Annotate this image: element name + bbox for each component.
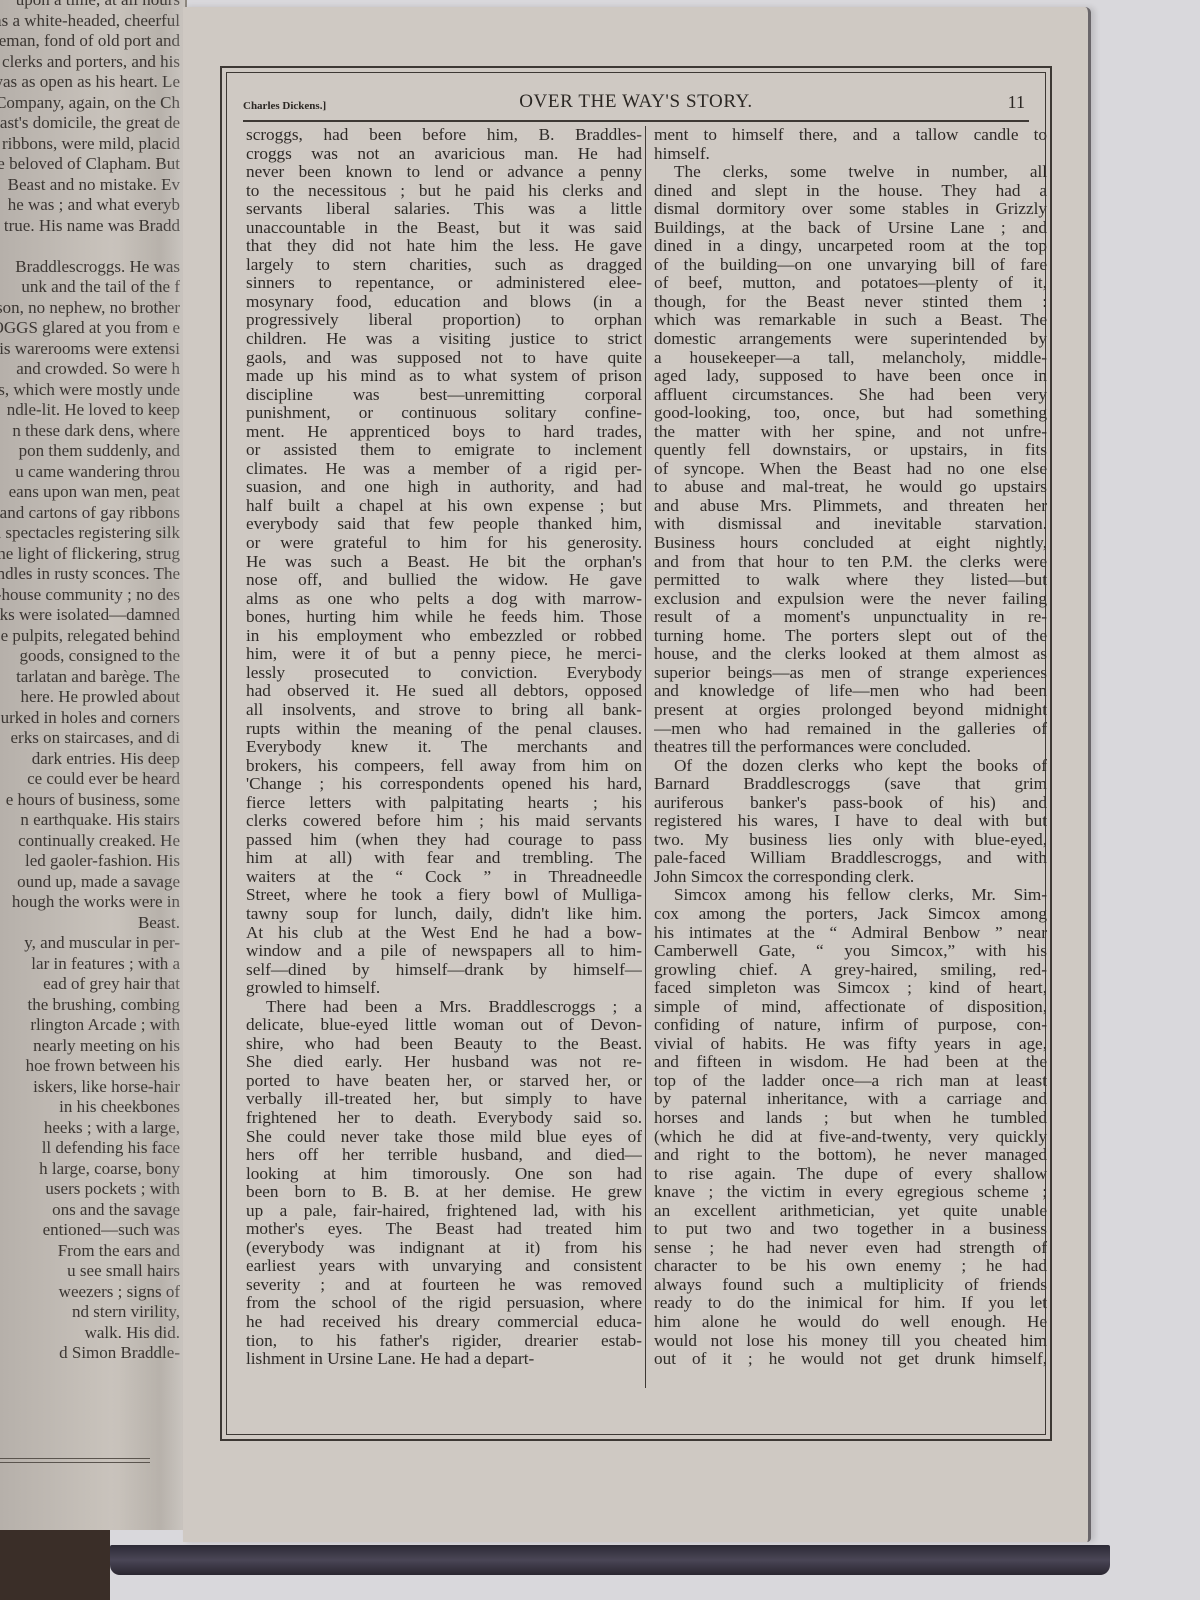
text-line: two. My business lies only with blue-eye…: [654, 831, 1047, 850]
text-line: would not lose his money till you cheate…: [654, 1332, 1047, 1351]
text-line: up a pale, fair-haired, frightened lad, …: [246, 1202, 642, 1221]
text-line: top of the ladder once—a rich man at lea…: [654, 1072, 1047, 1091]
text-column-right: ment to himself there, and a tallow cand…: [654, 126, 1047, 1369]
text-line: never been known to lend or advance a pe…: [246, 163, 642, 182]
page-number: 11: [1008, 92, 1025, 113]
text-line: house, and the clerks looked at them alm…: [654, 645, 1047, 664]
text-line: John Simcox the corresponding clerk.: [654, 868, 1047, 887]
header-rule: [243, 120, 1029, 122]
text-line: him alone he would do well enough. He: [654, 1313, 1047, 1332]
text-line: Business hours concluded at eight nightl…: [654, 534, 1047, 553]
text-line: an excellent arithmetician, yet quite un…: [654, 1202, 1047, 1221]
text-line: —men who had remained in the galleries o…: [654, 720, 1047, 739]
text-line: earliest years with unvarying and consis…: [246, 1257, 642, 1276]
text-line: progressively liberal proportion) to orp…: [246, 311, 642, 330]
text-line: the matter with her spine, and not unfre…: [654, 423, 1047, 442]
text-line: out of it ; he would not get drunk himse…: [654, 1350, 1047, 1369]
text-line: or assisted them to emigrate to inclemen…: [246, 441, 642, 460]
text-line: auriferous banker's pass-book of his) an…: [654, 794, 1047, 813]
text-line: result of a moment's unpunctuality in re…: [654, 608, 1047, 627]
book-spine-bottom: [110, 1545, 1110, 1575]
text-line: always found such a multiplicity of frie…: [654, 1276, 1047, 1295]
text-line: he had received his dreary commercial ed…: [246, 1313, 642, 1332]
text-line: severity ; and at fourteen he was remove…: [246, 1276, 642, 1295]
text-line: simple of mind, affectionate of disposit…: [654, 998, 1047, 1017]
text-line: tawny soup for lunch, daily, didn't like…: [246, 905, 642, 924]
text-line: 'Change ; his correspondents opened his …: [246, 775, 642, 794]
facing-page-bottom-rule: [0, 1458, 150, 1463]
text-line: ready to do the inimical for him. If you…: [654, 1294, 1047, 1313]
text-line: punishment, or continuous solitary confi…: [246, 404, 642, 423]
text-line: discipline was best—unremitting corporal: [246, 386, 642, 405]
text-line: from the school of the rigid persuasion,…: [246, 1294, 642, 1313]
text-line: turning home. The porters slept out of t…: [654, 627, 1047, 646]
book-cover-edge: [0, 1520, 110, 1600]
text-line: him at all) with fear and trembling. The: [246, 849, 642, 868]
text-line: tion, to his father's rigider, drearier …: [246, 1332, 642, 1351]
text-line: mother's eyes. The Beast had treated him: [246, 1220, 642, 1239]
text-line: growled to himself.: [246, 979, 642, 998]
text-line: ment to himself there, and a tallow cand…: [654, 126, 1047, 145]
text-line: that they did not hate him the less. He …: [246, 237, 642, 256]
text-line: She could never take those mild blue eye…: [246, 1128, 642, 1147]
text-line: servants liberal salaries. This was a li…: [246, 200, 642, 219]
text-line: looking at him timorously. One son had: [246, 1165, 642, 1184]
text-line: exclusion and expulsion were the never f…: [654, 590, 1047, 609]
text-line: confiding of nature, infirm of purpose, …: [654, 1016, 1047, 1035]
text-line: clerks cowered before him ; his maid ser…: [246, 812, 642, 831]
text-line: mosynary food, education and blows (in a: [246, 293, 642, 312]
text-line: sinners to repentance, or administered e…: [246, 274, 642, 293]
text-line: dismal dormitory over some stables in Gr…: [654, 200, 1047, 219]
text-line: a housekeeper—a tall, melancholy, middle…: [654, 349, 1047, 368]
text-line: fierce letters with palpitating hearts ;…: [246, 794, 642, 813]
text-line: hers off her terrible husband, and died—: [246, 1146, 642, 1165]
text-line: Buildings, at the back of Ursine Lane ; …: [654, 219, 1047, 238]
text-line: faced simpleton was Simcox ; kind of hea…: [654, 979, 1047, 998]
text-line: to put two and two together in a busines…: [654, 1220, 1047, 1239]
text-line: of syncope. When the Beast had no one el…: [654, 460, 1047, 479]
text-line: climates. He was a member of a rigid per…: [246, 460, 642, 479]
text-line: to rise again. The dupe of every shallow: [654, 1165, 1047, 1184]
text-line: delicate, blue-eyed little woman out of …: [246, 1016, 642, 1035]
text-line: suasion, and one high in authority, and …: [246, 478, 642, 497]
text-line: himself.: [654, 145, 1047, 164]
text-line: of the building—on one unvarying bill of…: [654, 256, 1047, 275]
text-line: There had been a Mrs. Braddlescroggs ; a: [246, 998, 642, 1017]
text-line: horses and lands ; but when he tumbled: [654, 1109, 1047, 1128]
text-line: children. He was a visiting justice to s…: [246, 330, 642, 349]
text-line: waiters at the “ Cock ” in Threadneedle: [246, 868, 642, 887]
column-divider: [645, 126, 646, 1388]
text-line: present at orgies prolonged beyond midni…: [654, 701, 1047, 720]
text-line: (everybody was indignant at it) from his: [246, 1239, 642, 1258]
text-line: of beef, mutton, and potatoes—plenty of …: [654, 274, 1047, 293]
text-line: everybody said that few people thanked h…: [246, 515, 642, 534]
text-line: to abuse and mal-treat, he would go upst…: [654, 478, 1047, 497]
text-line: vivial of habits. He was fifty years in …: [654, 1035, 1047, 1054]
text-line: cox among the porters, Jack Simcox among: [654, 905, 1047, 924]
text-line: alms as one who pelts a dog with marrow-: [246, 590, 642, 609]
text-line: him, were it of but a penny piece, he me…: [246, 645, 642, 664]
text-line: domestic arrangements were superintended…: [654, 330, 1047, 349]
text-line: Street, where he took a fiery bowl of Mu…: [246, 886, 642, 905]
text-line: window and a pile of newspapers all to h…: [246, 942, 642, 961]
text-line: She died early. Her husband was not re-: [246, 1053, 642, 1072]
text-line: nose off, and bullied the widow. He gave: [246, 571, 642, 590]
text-line: (which he did at five-and-twenty, very q…: [654, 1128, 1047, 1147]
text-line: unaccountable in the Beast, but it was s…: [246, 219, 642, 238]
text-line: half built a chapel at his own expense ;…: [246, 497, 642, 516]
text-line: pale-faced William Braddlescroggs, and w…: [654, 849, 1047, 868]
text-line: ment. He apprenticed boys to hard trades…: [246, 423, 642, 442]
text-line: had observed it. He sued all debtors, op…: [246, 682, 642, 701]
text-line: registered his wares, I have to deal wit…: [654, 812, 1047, 831]
text-line: scroggs, had been before him, B. Braddle…: [246, 126, 642, 145]
book-page: Charles Dickens.] OVER THE WAY'S STORY. …: [183, 7, 1091, 1542]
text-line: and abuse Mrs. Plimmets, and threaten he…: [654, 497, 1047, 516]
page-curl-shadow: [118, 0, 187, 1530]
text-line: Barnard Braddlescroggs (save that grim: [654, 775, 1047, 794]
text-line: and right to the bottom), he never manag…: [654, 1146, 1047, 1165]
text-line: knave ; the victim in every egregious sc…: [654, 1183, 1047, 1202]
text-line: Camberwell Gate, “ you Simcox,” with his: [654, 942, 1047, 961]
text-line: aged lady, supposed to have been once in: [654, 367, 1047, 386]
text-line: croggs was not an avaricious man. He had: [246, 145, 642, 164]
text-line: and knowledge of life—men who had been: [654, 682, 1047, 701]
text-line: or were grateful to him for his generosi…: [246, 534, 642, 553]
text-line: At his club at the West End he had a bow…: [246, 924, 642, 943]
text-line: growling chief. A grey-haired, smiling, …: [654, 961, 1047, 980]
text-line: brokers, his compeers, fell away from hi…: [246, 757, 642, 776]
text-line: quently fell downstairs, or upstairs, in…: [654, 441, 1047, 460]
text-line: superior beings—as men of strange experi…: [654, 664, 1047, 683]
text-line: passed him (when they had courage to pas…: [246, 831, 642, 850]
text-line: to the necessitous ; but he paid his cle…: [246, 182, 642, 201]
text-line: shire, who had been Beauty to the Beast.: [246, 1035, 642, 1054]
text-line: dined and slept in the house. They had a: [654, 182, 1047, 201]
text-line: theatres till the performances were conc…: [654, 738, 1047, 757]
running-head-title: OVER THE WAY'S STORY.: [243, 91, 1029, 113]
text-line: which was remarkable in such a Beast. Th…: [654, 311, 1047, 330]
text-line: in his employment who embezzled or robbe…: [246, 627, 642, 646]
text-line: Simcox among his fellow clerks, Mr. Sim-: [654, 886, 1047, 905]
text-line: though, for the Beast never stinted them…: [654, 293, 1047, 312]
facing-page: upon a time, at all hoursHe was a white-…: [0, 0, 187, 1530]
text-line: and from that hour to ten P.M. the clerk…: [654, 553, 1047, 572]
text-line: largely to stern charities, such as drag…: [246, 256, 642, 275]
text-line: frightened her to death. Everybody said …: [246, 1109, 642, 1128]
text-line: made up his mind as to what system of pr…: [246, 367, 642, 386]
text-line: good-looking, too, once, but had somethi…: [654, 404, 1047, 423]
text-line: ported to have beaten her, or starved he…: [246, 1072, 642, 1091]
page-frame-inner: Charles Dickens.] OVER THE WAY'S STORY. …: [226, 72, 1046, 1435]
text-line: He was such a Beast. He bit the orphan's: [246, 553, 642, 572]
text-line: Everybody knew it. The merchants and: [246, 738, 642, 757]
page-frame: Charles Dickens.] OVER THE WAY'S STORY. …: [220, 66, 1052, 1441]
text-line: sense ; he had never even had strength o…: [654, 1239, 1047, 1258]
text-line: lishment in Ursine Lane. He had a depart…: [246, 1350, 642, 1369]
text-line: permitted to walk where they listed—but: [654, 571, 1047, 590]
text-line: affluent circumstances. She had been ver…: [654, 386, 1047, 405]
text-line: with dismissal and inevitable starvation…: [654, 515, 1047, 534]
running-head: Charles Dickens.] OVER THE WAY'S STORY. …: [243, 91, 1029, 115]
text-line: rupts within the meaning of the penal cl…: [246, 720, 642, 739]
text-line: and fifteen in wisdom. He had been at th…: [654, 1053, 1047, 1072]
text-line: been born to B. B. at her demise. He gre…: [246, 1183, 642, 1202]
text-line: by paternal inheritance, with a carriage…: [654, 1090, 1047, 1109]
text-column-left: scroggs, had been before him, B. Braddle…: [246, 126, 642, 1369]
text-line: self—dined by himself—drank by himself—: [246, 961, 642, 980]
text-line: his intimates at the “ Admiral Benbow ” …: [654, 924, 1047, 943]
text-line: all insolvents, and strove to bring all …: [246, 701, 642, 720]
text-line: The clerks, some twelve in number, all: [654, 163, 1047, 182]
text-line: dined in a dingy, uncarpeted room at the…: [654, 237, 1047, 256]
text-line: character to be his own enemy ; he had: [654, 1257, 1047, 1276]
text-line: bones, hurting him while he feeds him. T…: [246, 608, 642, 627]
text-line: gaols, and was supposed not to have quit…: [246, 349, 642, 368]
text-line: verbally ill-treated her, but simply to …: [246, 1090, 642, 1109]
text-line: lessly prosecuted to conviction. Everybo…: [246, 664, 642, 683]
text-line: Of the dozen clerks who kept the books o…: [654, 757, 1047, 776]
